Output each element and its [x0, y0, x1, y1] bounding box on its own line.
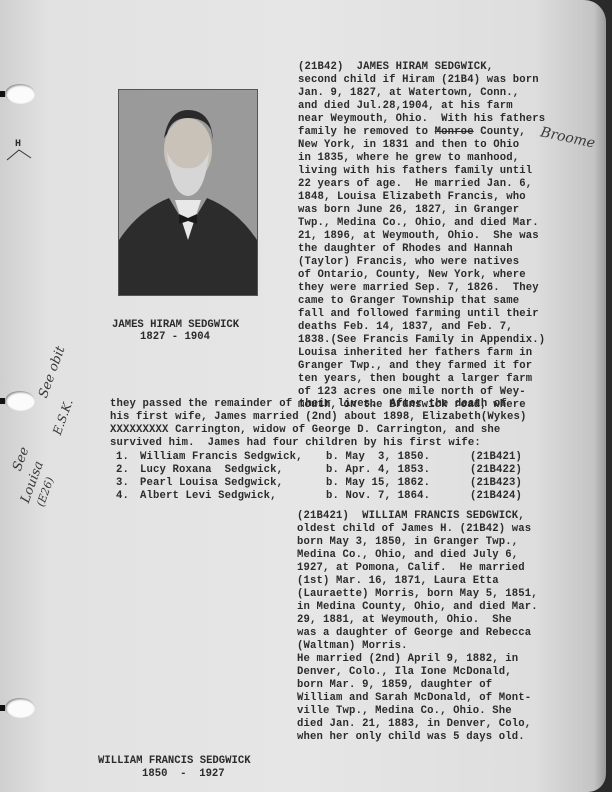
text-line: his first wife, James married (2nd) abou…: [110, 411, 526, 424]
portrait-photo-james: [118, 89, 258, 296]
text-line: Twp., Medina Co., Ohio, and died Mar.: [298, 217, 539, 230]
text-line: Granger Twp., and they farmed it for: [298, 360, 532, 373]
text-line: living with his fathers family until: [298, 165, 532, 178]
text-line: William and Sarah McDonald, of Mont-: [297, 692, 531, 705]
text-line: (1st) Mar. 16, 1871, Laura Etta: [297, 575, 499, 588]
text-line: 29, 1881, at Weymouth, Ohio. She: [297, 614, 512, 627]
text-line: born Mar. 9, 1859, daughter of: [297, 679, 492, 692]
margin-note-line: E.S.K.: [50, 397, 76, 437]
child-birth: b. Apr. 4, 1853.: [326, 464, 430, 477]
margin-caret-icon: [5, 146, 35, 162]
text-line: when her only child was 5 days old.: [297, 731, 525, 744]
text-line: deaths Feb. 14, 1837, and Feb. 7,: [298, 321, 513, 334]
photo-caption-dates: 1827 - 1904: [140, 331, 210, 344]
text-fragment: County,: [474, 126, 526, 138]
binder-hole-middle: [5, 391, 35, 411]
text-line: Louisa inherited her fathers farm in: [298, 347, 532, 360]
text-line: oldest child of James H. (21B42) was: [297, 523, 531, 536]
text-line: was born June 26, 1827, in Granger: [298, 204, 519, 217]
text-line: 21, 1896, at Weymouth, Ohio. She was: [298, 230, 539, 243]
struck-word: Monroe: [435, 126, 474, 138]
child-number: 1.: [116, 451, 129, 464]
text-line: (21B42) JAMES HIRAM SEDGWICK,: [298, 61, 493, 74]
child-number: 2.: [116, 464, 129, 477]
child-birth: b. Nov. 7, 1864.: [326, 490, 430, 503]
text-line: came to Granger Township that same: [298, 295, 519, 308]
text-line: (Waltman) Morris.: [297, 640, 408, 653]
text-line: XXXXXXXXX Carrington, widow of George D.…: [110, 424, 500, 437]
text-line: Jan. 9, 1827, at Watertown, Conn.,: [298, 87, 519, 100]
child-name: Albert Levi Sedgwick,: [140, 490, 277, 503]
document-page: H JAMES HIRAM SEDGWICK 1827 - 1904 (21B4…: [0, 0, 606, 792]
binder-hole-bottom: [5, 698, 35, 718]
text-line: second child if Hiram (21B4) was born: [298, 74, 539, 87]
text-line: in Medina County, Ohio, and died Mar.: [297, 601, 538, 614]
text-line: 1838.(See Francis Family in Appendix.): [298, 334, 545, 347]
text-line-with-correction: family he removed to Monroe County,: [298, 126, 526, 139]
child-number: 3.: [116, 477, 129, 490]
text-line: New York, in 1831 and then to Ohio: [298, 139, 519, 152]
text-line: near Weymouth, Ohio. With his fathers: [298, 113, 545, 126]
text-line: the daughter of Rhodes and Hannah: [298, 243, 513, 256]
text-line: ten years, then bought a larger farm: [298, 373, 532, 386]
text-line: of Ontario, County, New York, where: [298, 269, 526, 282]
text-line: was a daughter of George and Rebecca: [297, 627, 531, 640]
child-name: William Francis Sedgwick,: [140, 451, 303, 464]
text-line: 1927, at Pomona, Calif. He married: [297, 562, 525, 575]
text-line: survived him. James had four children by…: [110, 437, 481, 450]
text-line: and died Jul.28,1904, at his farm: [298, 100, 513, 113]
child-name: Lucy Roxana Sedgwick,: [140, 464, 283, 477]
bottom-caption-name: WILLIAM FRANCIS SEDGWICK: [98, 755, 251, 768]
child-id: (21B423): [470, 477, 522, 490]
text-line: ville Twp., Medina Co., Ohio. She: [297, 705, 512, 718]
text-line: in 1835, where he grew to manhood,: [298, 152, 519, 165]
text-line: He married (2nd) April 9, 1882, in: [297, 653, 518, 666]
text-line: fall and followed farming until their: [298, 308, 539, 321]
child-id: (21B421): [470, 451, 522, 464]
text-line: Medina Co., Ohio, and died July 6,: [297, 549, 518, 562]
text-line: born May 3, 1850, in Granger Twp.,: [297, 536, 518, 549]
child-birth: b. May 3, 1850.: [326, 451, 430, 464]
text-line: they passed the remainder of their lives…: [110, 398, 507, 411]
text-line: (21B421) WILLIAM FRANCIS SEDGWICK,: [297, 510, 525, 523]
child-name: Pearl Louisa Sedgwick,: [140, 477, 283, 490]
bottom-caption-dates: 1850 - 1927: [142, 768, 225, 781]
text-line: (Taylor) Francis, who were natives: [298, 256, 519, 269]
binder-hole-top: [5, 84, 35, 104]
text-fragment: family he removed to: [298, 126, 435, 138]
text-line: 22 years of age. He married Jan. 6,: [298, 178, 532, 191]
handwritten-correction: Broome: [539, 124, 597, 151]
text-line: they were married Sep. 7, 1826. They: [298, 282, 539, 295]
text-line: died Jan. 21, 1883, in Denver, Colo,: [297, 718, 531, 731]
child-birth: b. May 15, 1862.: [326, 477, 430, 490]
child-number: 4.: [116, 490, 129, 503]
text-line: 1848, Louisa Elizabeth Francis, who: [298, 191, 526, 204]
child-id: (21B422): [470, 464, 522, 477]
text-line: Denver, Colo., Ila Ione McDonald,: [297, 666, 512, 679]
child-id: (21B424): [470, 490, 522, 503]
text-line: (Lauraette) Morris, born May 5, 1851,: [297, 588, 538, 601]
margin-note-line: See obit: [36, 344, 69, 400]
